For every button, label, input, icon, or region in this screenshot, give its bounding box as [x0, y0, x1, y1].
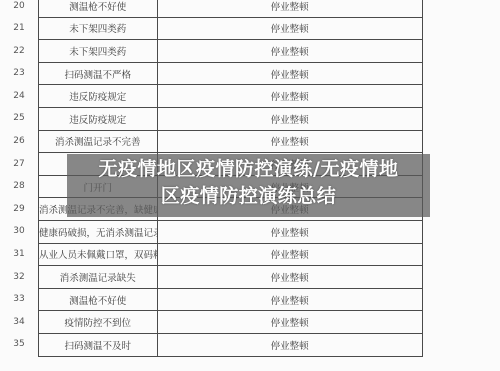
- action-cell: 停业整顿: [157, 243, 422, 266]
- table-row: 31东子烧烤涮从业人员未佩戴口罩，双码粘贴不规范，测温不规范停业整顿: [39, 243, 480, 266]
- issue-cell: 未下架四类药: [39, 17, 158, 40]
- action-cell: 停业整顿: [157, 130, 422, 153]
- row-number: 30: [0, 220, 38, 243]
- action-cell: 停业整顿: [157, 85, 422, 108]
- issue-cell: 扫码测温不严格: [39, 62, 158, 85]
- issue-cell: 未下架四类药: [39, 40, 158, 63]
- action-cell: 停业整顿: [157, 40, 422, 63]
- action-cell: 停业整顿: [157, 0, 422, 17]
- action-cell: 停业整顿: [157, 333, 422, 356]
- table-row: 25关强包子铺违反防疫规定停业整顿: [39, 107, 480, 130]
- row-number: 27: [0, 153, 38, 176]
- issue-cell: 测温枪不好使: [39, 0, 158, 17]
- row-number: 20: [0, 0, 38, 17]
- table-row: 22金天爱心珠江路店未下架四类药停业整顿: [39, 40, 480, 63]
- row-number: 35: [0, 333, 38, 356]
- row-number: 21: [0, 17, 38, 40]
- row-number: 25: [0, 107, 38, 130]
- table-row: 35鸿叶干洗扫码测温不及时停业整顿: [39, 333, 480, 356]
- row-number: 23: [0, 62, 38, 85]
- action-cell: 停业整顿: [157, 17, 422, 40]
- row-number: 33: [0, 288, 38, 311]
- table-row: 20博美健康美容测温枪不好使停业整顿: [39, 0, 480, 17]
- table-row: 30牛包铺健康码破损，无消杀测温记录，测温枪失灵停业整顿: [39, 220, 480, 243]
- action-cell: 停业整顿: [157, 62, 422, 85]
- row-number: 29: [0, 198, 38, 221]
- issue-cell: 消杀测温记录不完善: [39, 130, 158, 153]
- table-row: 26允甜蛋糕店消杀测温记录不完善停业整顿: [39, 130, 480, 153]
- row-number: 26: [0, 130, 38, 153]
- issue-cell: 疫情防控不到位: [39, 311, 158, 334]
- table-row: 21恒瑞新药特药学府路店未下架四类药停业整顿: [39, 17, 480, 40]
- table-row: 23净肤堂扫码测温不严格停业整顿: [39, 62, 480, 85]
- row-number: 34: [0, 311, 38, 334]
- issue-cell: 消杀测温记录缺失: [39, 266, 158, 289]
- table-row: 32优生果蔬生鲜超市消杀测温记录缺失停业整顿: [39, 266, 480, 289]
- title-line-1: 无疫情地区疫情防控演练/无疫情地: [67, 156, 430, 183]
- issue-cell: 健康码破损，无消杀测温记录，测温枪失灵: [39, 220, 158, 243]
- title-overlay: 无疫情地区疫情防控演练/无疫情地 区疫情防控演练总结: [67, 156, 430, 210]
- table-row: 24阿里巴巴烧烤违反防疫规定停业整顿: [39, 85, 480, 108]
- table-row: 34汇利生鲜疫情防控不到位停业整顿: [39, 311, 480, 334]
- action-cell: 停业整顿: [157, 220, 422, 243]
- row-number: 22: [0, 40, 38, 63]
- issue-cell: 测温枪不好使: [39, 288, 158, 311]
- issue-cell: 违反防疫规定: [39, 107, 158, 130]
- row-number: 31: [0, 243, 38, 266]
- title-line-2: 区疫情防控演练总结: [67, 183, 430, 210]
- issue-cell: 扫码测温不及时: [39, 333, 158, 356]
- issue-cell: 违反防疫规定: [39, 85, 158, 108]
- action-cell: 停业整顿: [157, 311, 422, 334]
- action-cell: 停业整顿: [157, 266, 422, 289]
- action-cell: 停业整顿: [157, 107, 422, 130]
- table-row: 33巧手改衣店测温枪不好使停业整顿: [39, 288, 480, 311]
- action-cell: 停业整顿: [157, 288, 422, 311]
- row-number: 28: [0, 175, 38, 198]
- row-number: 24: [0, 85, 38, 108]
- issue-cell: 从业人员未佩戴口罩，双码粘贴不规范，测温不规范: [39, 243, 158, 266]
- row-number: 32: [0, 266, 38, 289]
